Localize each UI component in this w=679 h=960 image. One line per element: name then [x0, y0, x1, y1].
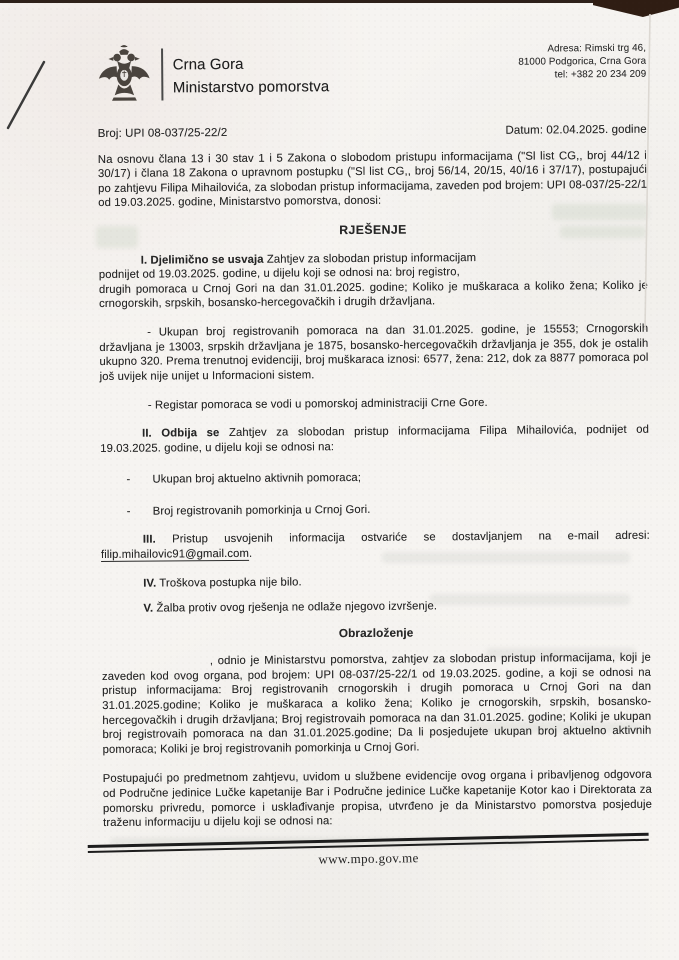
section-5-paragraph: V. Žalba protiv ovog rješenja ne odlaže … — [101, 598, 650, 617]
address-line: tel: +382 20 234 209 — [518, 68, 646, 82]
refused-item-text: Broj registrovanih pomorkinja u Crnoj Go… — [153, 503, 371, 519]
legal-basis-paragraph: Na osnovu člana 13 i 30 stav 1 i 5 Zakon… — [98, 148, 647, 211]
section-2-lead: II. Odbija se — [142, 427, 219, 440]
org-ministry: Ministarstvo pomorstva — [173, 77, 330, 98]
address-line: 81000 Podgorica, Crna Gora — [518, 55, 646, 69]
seafarer-totals-paragraph: - Ukupan broj registrovanih pomoraca na … — [99, 322, 648, 385]
section-3-lead: III. — [143, 534, 156, 546]
section-2-line1-rest: Zahtjev za slobodan pristup informacijam… — [219, 424, 649, 439]
section-4-lead: IV. — [143, 578, 156, 590]
section-3-line1-rest: Pristup usvojenih informacija ostvariće … — [156, 530, 650, 546]
dash-bullet: - — [100, 473, 152, 488]
section-1-line2: podnijet od 19.03.2025. godine, u dijelu… — [99, 266, 460, 281]
case-number: Broj: UPI 08-037/25-22/2 — [98, 126, 228, 142]
rationale-heading: Obrazloženje — [102, 623, 651, 642]
section-4-text: Troškova postupka nije bilo. — [156, 577, 302, 590]
section-1-line1: Zahtjev za slobodan pristup informacijam — [264, 252, 477, 266]
section-3-line2: filip.mihailovic91@gmail.com. — [101, 544, 650, 563]
page-footer: www.mpo.gov.me — [88, 833, 649, 873]
section-1-continuation: drugih pomoraca u Crnoj Gori na dan 31.0… — [99, 278, 648, 311]
document-body: Crna Gora Ministarstvo pomorstva Adresa:… — [97, 40, 652, 831]
sentence-period: . — [249, 548, 252, 560]
section-5-text: Žalba protiv ovog rješenja ne odlaže nje… — [153, 600, 437, 614]
document-date: Datum: 02.04.2025. godine — [505, 123, 646, 139]
org-block: Crna Gora Ministarstvo pomorstva — [173, 50, 330, 98]
section-5-lead: V. — [143, 603, 153, 615]
org-country: Crna Gora — [173, 54, 330, 75]
section-1-paragraph: I. Djelimično se usvaja Zahtjev za slobo… — [99, 249, 648, 282]
register-note-paragraph: - Registar pomoraca se vodi u pomorskoj … — [100, 395, 649, 414]
montenegro-coat-of-arms-icon — [97, 44, 151, 106]
refused-item: - Ukupan broj aktuelno aktivnih pomoraca… — [100, 469, 649, 488]
letterhead: Crna Gora Ministarstvo pomorstva Adresa:… — [97, 40, 647, 114]
section-1-lead: I. Djelimično se usvaja — [141, 253, 264, 266]
rationale-paragraph-2: Postupajući po predmetnom zahtjevu, uvid… — [103, 768, 652, 831]
address-line: Adresa: Rimski trg 46, — [518, 42, 646, 56]
dash-bullet: - — [101, 504, 153, 519]
org-address: Adresa: Rimski trg 46, 81000 Podgorica, … — [518, 40, 646, 82]
requester-email: filip.mihailovic91@gmail.com — [101, 548, 249, 563]
section-4-paragraph: IV. Troškova postupka nije bilo. — [101, 573, 650, 592]
refused-item-text: Ukupan broj aktuelno aktivnih pomoraca; — [152, 471, 361, 487]
decision-title: RJEŠENJE — [98, 221, 647, 240]
letterhead-brand: Crna Gora Ministarstvo pomorstva — [97, 42, 329, 106]
refused-item: - Broj registrovanih pomorkinja u Crnoj … — [101, 500, 650, 519]
rationale-paragraph-1: , odnio je Ministarstvu pomorstva, zahtj… — [102, 651, 652, 757]
scan-corner-shadow — [593, 0, 679, 17]
scan-top-edge — [0, 0, 679, 3]
letterhead-divider — [161, 48, 163, 100]
meta-row: Broj: UPI 08-037/25-22/2 Datum: 02.04.20… — [98, 123, 647, 142]
